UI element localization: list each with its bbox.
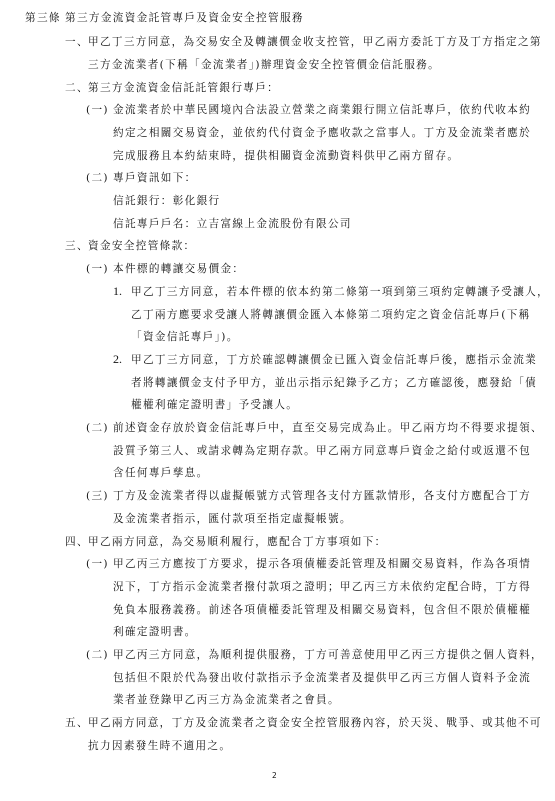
section-4-item-2-line: 包括但不限於代為發出收付款指示予金流業者及提供甲乙丙三方個人資料予金流 xyxy=(113,671,531,685)
page-number: 2 xyxy=(272,771,277,781)
section-2-heading: 第三方金流資金信託託管銀行專戶： xyxy=(88,81,279,95)
section-3-item-3-marker: (三) xyxy=(86,489,109,503)
section-3-item-2-line: 含任何專戶孳息。 xyxy=(113,466,209,480)
article-title: 第三方金流資金託管專戶及資金安全控管服務 xyxy=(65,11,304,25)
section-4-item-1-line: 況下，丁方指示金流業者撥付款項之證明；甲乙丙三方未依約定配合時，丁方得 xyxy=(113,580,531,594)
subitem-1-line: 「資金信託專戶」)。 xyxy=(131,330,239,344)
subitem-2-line: 甲乙丁三方同意，丁方於確認轉讓價金已匯入資金信託專戶後，應指示金流業 xyxy=(131,353,537,367)
subitem-2-line: 權權利確定證明書」予受讓人。 xyxy=(131,398,298,412)
section-4-item-1-marker: (一) xyxy=(86,557,109,571)
subitem-1-line: 乙丁兩方應要求受讓人將轉讓價金匯入本條第二項約定之資金信託專戶(下稱 xyxy=(131,308,531,322)
section-3-item-2-line: 前述資金存放於資金信託專戶中，直至交易完成為止。甲乙兩方均不得要求提領、 xyxy=(113,421,543,435)
section-5-line: 抗力因素發生時不適用之。 xyxy=(88,739,231,753)
section-2-marker: 二、 xyxy=(65,81,89,95)
section-4-item-1-line: 利確定證明書。 xyxy=(113,625,197,639)
section-4-item-2-line: 甲乙丙三方同意，為順利提供服務，丁方可善意使用甲乙丙三方提供之個人資料， xyxy=(113,648,543,662)
section-3-item-3-line: 及金流業者指示，匯付款項至指定虛擬帳號。 xyxy=(113,512,352,526)
subitem-1-line: 甲乙丁三方同意，若本件標的依本約第二條第一項到第三項約定轉讓予受讓人， xyxy=(131,285,549,299)
trust-account-name: 信託專戶戶名：立吉富線上金流股份有限公司 xyxy=(113,217,352,231)
section-4-item-2-line: 業者並登錄甲乙丙三方為金流業者之會員。 xyxy=(113,693,340,707)
section-3-item-2-line: 設質予第三人、或請求轉為定期存款。甲乙兩方同意專戶資金之給付或返還不包 xyxy=(113,444,531,458)
section-3-item-1-marker: (一) xyxy=(86,262,109,276)
section-2-item-1-line: 完成服務且本約結束時，提供相關資金流動資料供甲乙兩方留存。 xyxy=(113,149,459,163)
section-3-heading: 資金安全控管條款： xyxy=(88,239,196,253)
section-4-item-2-marker: (二) xyxy=(86,648,109,662)
section-3-item-3-line: 丁方及金流業者得以虛擬帳號方式管理各支付方匯款情形，各支付方應配合丁方 xyxy=(113,489,531,503)
section-2-item-1-marker: (一) xyxy=(86,103,109,117)
account-info-heading: 專戶資訊如下： xyxy=(113,171,197,185)
trust-bank: 信託銀行：彰化銀行 xyxy=(113,194,221,208)
section-3-item-1-heading: 本件標的轉讓交易價金： xyxy=(113,262,244,276)
section-4-item-1-line: 甲乙丙三方應按丁方要求，提示各項債權委託管理及相關交易資料，作為各項情 xyxy=(113,557,531,571)
section-2-item-2-marker: (二) xyxy=(86,171,109,185)
article-label: 第三條 xyxy=(25,11,61,25)
section-4-heading: 甲乙兩方同意，為交易順利履行，應配合丁方事項如下： xyxy=(88,535,387,549)
section-5-marker: 五、 xyxy=(65,716,89,730)
section-4-item-1-line: 免負本服務義務。前述各項債權委託管理及相關交易資料，包含但不限於債權權 xyxy=(113,603,531,617)
section-2-item-1-line: 金流業者於中華民國境內合法設立營業之商業銀行開立信託專戶，依約代收本約 xyxy=(113,103,531,117)
section-4-marker: 四、 xyxy=(65,535,89,549)
subitem-2-marker: 2. xyxy=(113,352,122,366)
section-3-item-2-marker: (二) xyxy=(86,421,109,435)
section-1-marker: 一、 xyxy=(65,35,89,49)
section-1-line: 三方金流業者(下稱「金流業者」)辦理資金安全控管價金信託服務。 xyxy=(88,58,440,72)
subitem-1-marker: 1. xyxy=(113,284,122,298)
section-2-item-1-line: 約定之相關交易資金，並依約代付資金予應收款之當事人。丁方及金流業者應於 xyxy=(113,126,531,140)
section-1-line: 甲乙丁三方同意，為交易安全及轉讓價金收支控管，甲乙兩方委託丁方及丁方指定之第 xyxy=(88,35,542,49)
section-5-line: 甲乙兩方同意，丁方及金流業者之資金安全控管服務內容，於天災、戰爭、或其他不可 xyxy=(88,716,542,730)
section-3-marker: 三、 xyxy=(65,239,89,253)
document-page: 第三條 第三方金流資金託管專戶及資金安全控管服務 一、 甲乙丁三方同意，為交易安… xyxy=(0,0,555,801)
subitem-2-line: 者將轉讓價金支付予甲方，並出示指示紀錄予乙方；乙方確認後，應發給「債 xyxy=(131,376,537,390)
